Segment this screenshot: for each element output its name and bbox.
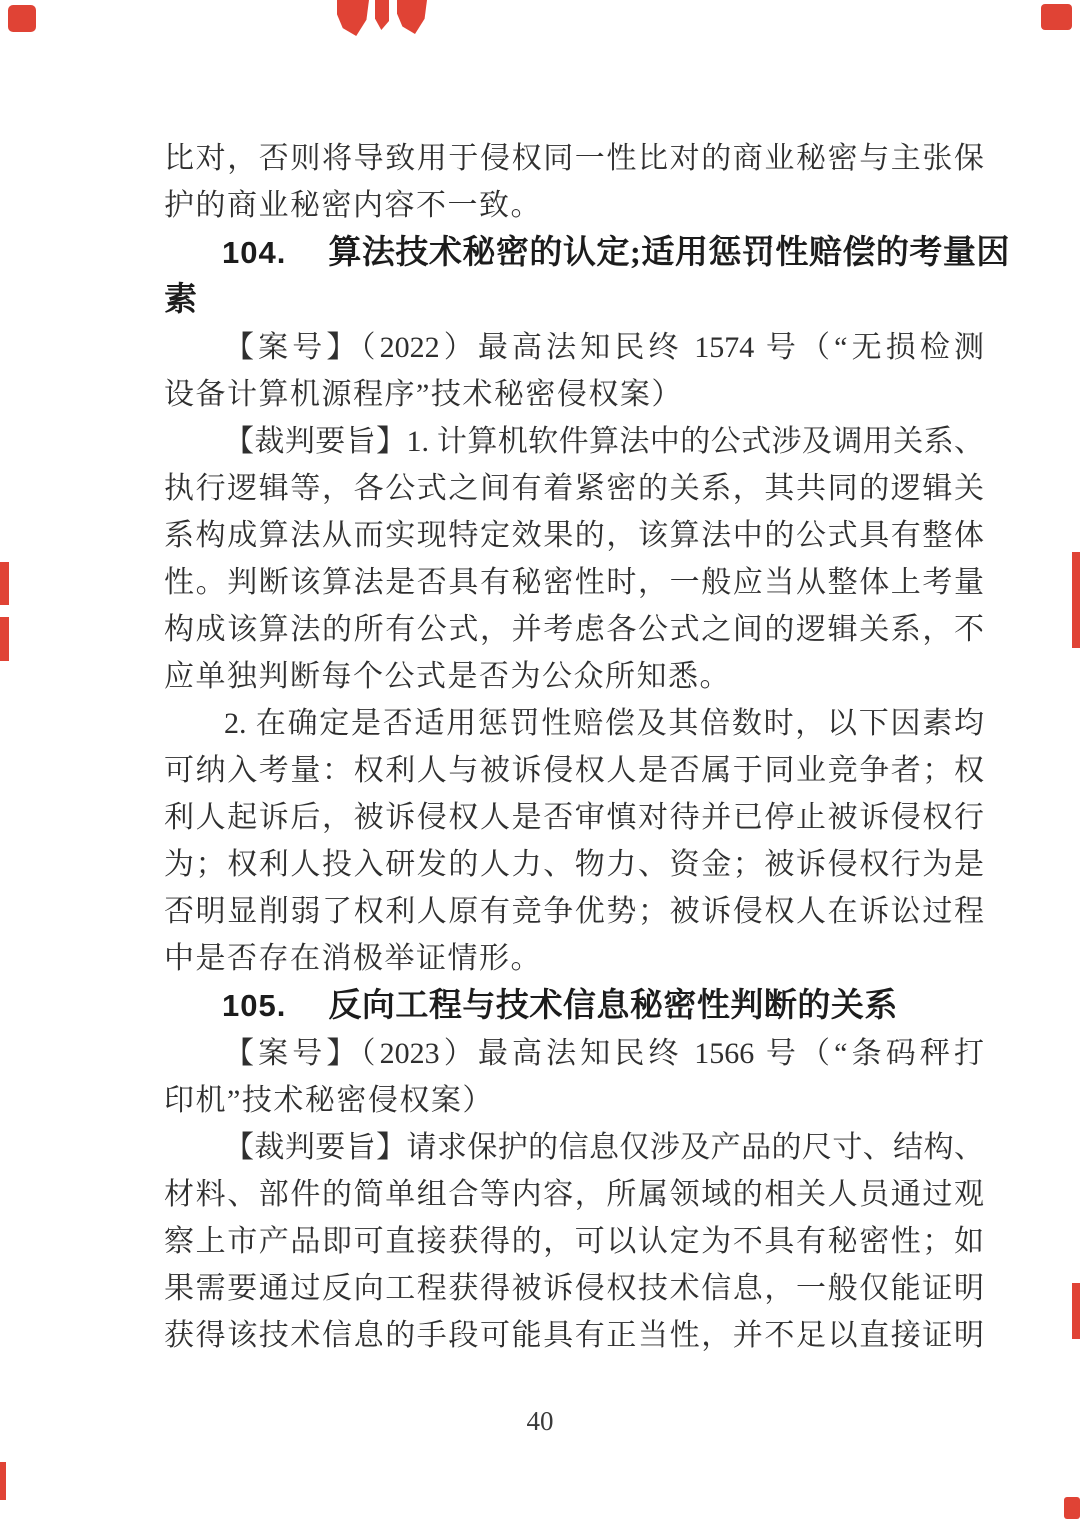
- red-mark-right-edge-2: [1072, 1283, 1080, 1339]
- text-line: 获得该技术信息的手段可能具有正当性，并不足以直接证明: [164, 1312, 984, 1359]
- text-line: 性。判断该算法是否具有秘密性时，一般应当从整体上考量: [164, 559, 984, 606]
- text-line: 利人起诉后，被诉侵权人是否审慎对待并已停止被诉侵权行: [164, 794, 984, 841]
- text-line: 比对，否则将导致用于侵权同一性比对的商业秘密与主张保: [164, 135, 984, 182]
- red-mark-right-edge-1: [1072, 552, 1080, 648]
- red-mark-left-edge-1: [0, 562, 9, 605]
- heading-number: 105.: [222, 988, 286, 1023]
- text-line: 中是否存在消极举证情形。: [164, 935, 984, 982]
- text-line: 执行逻辑等，各公式之间有着紧密的关系，其共同的逻辑关: [164, 465, 984, 512]
- red-mark-top-right: [1041, 4, 1072, 30]
- text-line: 果需要通过反向工程获得被诉侵权技术信息，一般仅能证明: [164, 1265, 984, 1312]
- text-line: 【案号】（2023）最高法知民终 1566 号（“条码秤打: [164, 1030, 984, 1077]
- text-line: 【裁判要旨】1. 计算机软件算法中的公式涉及调用关系、: [164, 418, 984, 465]
- red-mark-top-left: [8, 5, 36, 32]
- section-heading: 105.反向工程与技术信息秘密性判断的关系: [164, 982, 1032, 1030]
- text-line: 为；权利人投入研发的人力、物力、资金；被诉侵权行为是: [164, 841, 984, 888]
- text-line: 应单独判断每个公式是否为公众所知悉。: [164, 653, 984, 700]
- text-line: 构成该算法的所有公式，并考虑各公式之间的逻辑关系，不: [164, 606, 984, 653]
- text-line: 【案号】（2022）最高法知民终 1574 号（“无损检测: [164, 324, 984, 371]
- heading-title: 算法技术秘密的认定;适用惩罚性赔偿的考量因素: [164, 235, 1010, 318]
- text-line: 护的商业秘密内容不一致。: [164, 182, 984, 229]
- heading-title: 反向工程与技术信息秘密性判断的关系: [328, 988, 898, 1024]
- text-line: 2. 在确定是否适用惩罚性赔偿及其倍数时，以下因素均: [164, 700, 984, 747]
- heading-number: 104.: [222, 235, 286, 270]
- text-line: 可纳入考量：权利人与被诉侵权人是否属于同业竞争者；权: [164, 747, 984, 794]
- text-line: 察上市产品即可直接获得的，可以认定为不具有秘密性；如: [164, 1218, 984, 1265]
- red-mark-bottom-left: [0, 1462, 6, 1500]
- section-heading: 104.算法技术秘密的认定;适用惩罚性赔偿的考量因素: [164, 229, 1032, 324]
- page-number: 40: [0, 1398, 1080, 1445]
- red-mark-top-center-1: [337, 0, 369, 36]
- red-mark-left-edge-2: [0, 617, 9, 661]
- text-line: 材料、部件的简单组合等内容，所属领域的相关人员通过观: [164, 1171, 984, 1218]
- text-line: 设备计算机源程序”技术秘密侵权案）: [164, 371, 984, 418]
- text-line: 否明显削弱了权利人原有竞争优势；被诉侵权人在诉讼过程: [164, 888, 984, 935]
- document-content: 比对，否则将导致用于侵权同一性比对的商业秘密与主张保护的商业秘密内容不一致。10…: [164, 135, 984, 1359]
- red-mark-bottom-right: [1064, 1497, 1080, 1519]
- text-line: 印机”技术秘密侵权案）: [164, 1077, 984, 1124]
- text-line: 【裁判要旨】请求保护的信息仅涉及产品的尺寸、结构、: [164, 1124, 984, 1171]
- text-line: 系构成算法从而实现特定效果的，该算法中的公式具有整体: [164, 512, 984, 559]
- red-mark-top-center-3: [397, 0, 427, 34]
- document-page: 比对，否则将导致用于侵权同一性比对的商业秘密与主张保护的商业秘密内容不一致。10…: [0, 0, 1080, 1527]
- red-mark-top-center-2: [375, 0, 389, 30]
